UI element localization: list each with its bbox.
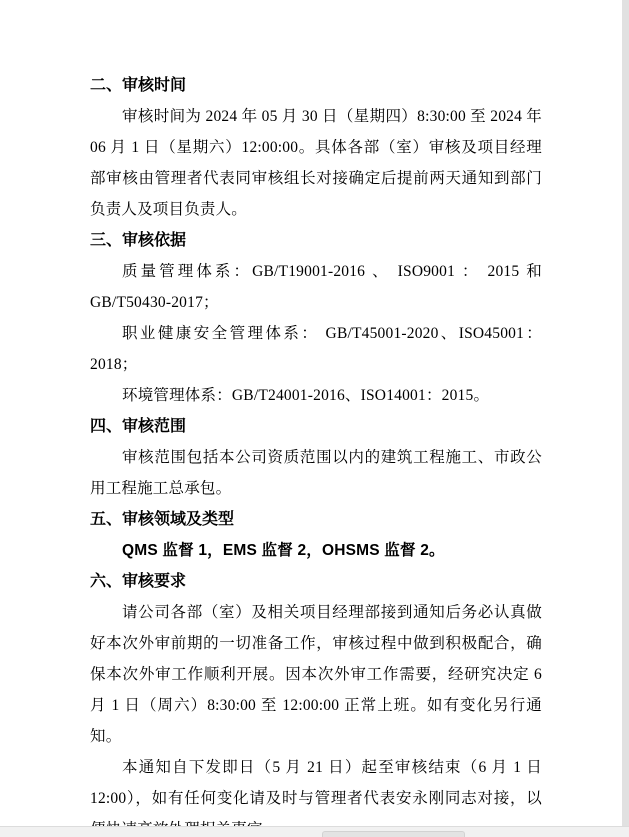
section-audit-requirements: 六、审核要求 请公司各部（室）及相关项目经理部接到通知后务必认真做好本次外审前期… — [90, 566, 542, 837]
paragraph: 请公司各部（室）及相关项目经理部接到通知后务必认真做好本次外审前期的一切准备工作… — [90, 597, 542, 752]
section-heading: 六、审核要求 — [90, 566, 542, 597]
section-audit-scope: 四、审核范围 审核范围包括本公司资质范围以内的建筑工程施工、市政公用工程施工总承… — [90, 411, 542, 504]
section-heading: 四、审核范围 — [90, 411, 542, 442]
paragraph: 本通知自下发即日（5 月 21 日）起至审核结束（6 月 1 日 12:00），… — [90, 752, 542, 837]
paragraph: 职业健康安全管理体系： GB/T45001-2020、ISO45001：2018… — [90, 318, 542, 380]
paragraph: 质量管理体系：GB/T19001-2016 、 ISO9001 ： 2015 和… — [90, 256, 542, 318]
section-heading: 五、审核领域及类型 — [90, 504, 542, 535]
paragraph: 审核时间为 2024 年 05 月 30 日（星期四）8:30:00 至 202… — [90, 101, 542, 225]
paragraph: 审核范围包括本公司资质范围以内的建筑工程施工、市政公用工程施工总承包。 — [90, 442, 542, 504]
section-heading: 三、审核依据 — [90, 225, 542, 256]
horizontal-scrollbar[interactable] — [0, 826, 629, 837]
paragraph: 环境管理体系：GB/T24001-2016、ISO14001：2015。 — [90, 380, 542, 411]
document-page: 二、审核时间 审核时间为 2024 年 05 月 30 日（星期四）8:30:0… — [90, 70, 542, 837]
section-audit-basis: 三、审核依据 质量管理体系：GB/T19001-2016 、 ISO9001 ：… — [90, 225, 542, 411]
page-edge-strip — [620, 0, 629, 826]
paragraph: QMS 监督 1，EMS 监督 2，OHSMS 监督 2。 — [90, 535, 542, 566]
section-audit-time: 二、审核时间 审核时间为 2024 年 05 月 30 日（星期四）8:30:0… — [90, 70, 542, 225]
horizontal-scrollbar-thumb[interactable] — [322, 831, 465, 837]
section-heading: 二、审核时间 — [90, 70, 542, 101]
section-audit-fields: 五、审核领域及类型 QMS 监督 1，EMS 监督 2，OHSMS 监督 2。 — [90, 504, 542, 566]
document-viewer: 二、审核时间 审核时间为 2024 年 05 月 30 日（星期四）8:30:0… — [0, 0, 629, 837]
